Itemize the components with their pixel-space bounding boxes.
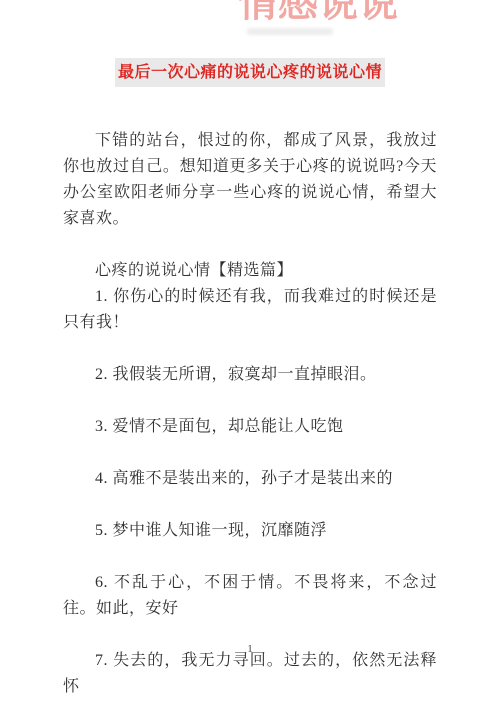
watermark-text: 情感说说 [238,0,398,23]
watermark-shadow [247,28,333,35]
document-page: 情感说说 最后一次心痛的说说心疼的说说心情 下错的站台，恨过的你，都成了风景，我… [0,0,500,708]
quote-item-3: 3. 爱情不是面包，却总能让人吃饱 [63,414,437,440]
title-row: 最后一次心痛的说说心疼的说说心情 [0,58,500,87]
quote-item-6: 6. 不乱于心，不困于情。不畏将来，不念过往。如此，安好 [63,570,437,622]
quote-item-2: 2. 我假装无所谓，寂寞却一直掉眼泪。 [63,362,437,388]
page-title: 最后一次心痛的说说心疼的说说心情 [115,58,385,87]
intro-paragraph: 下错的站台，恨过的你，都成了风景，我放过你也放过自己。想知道更多关于心疼的说说吗… [63,128,437,232]
quote-item-5: 5. 梦中谁人知谁一现，沉靡随浮 [63,518,437,544]
quote-item-4: 4. 高雅不是装出来的，孙子才是装出来的 [63,466,437,492]
page-number: 1 [0,642,500,656]
article-body: 下错的站台，恨过的你，都成了风景，我放过你也放过自己。想知道更多关于心疼的说说吗… [63,128,437,700]
quote-item-1: 1. 你伤心的时候还有我，而我难过的时候还是只有我！ [63,284,437,336]
section-header: 心疼的说说心情【精选篇】 [63,258,437,284]
